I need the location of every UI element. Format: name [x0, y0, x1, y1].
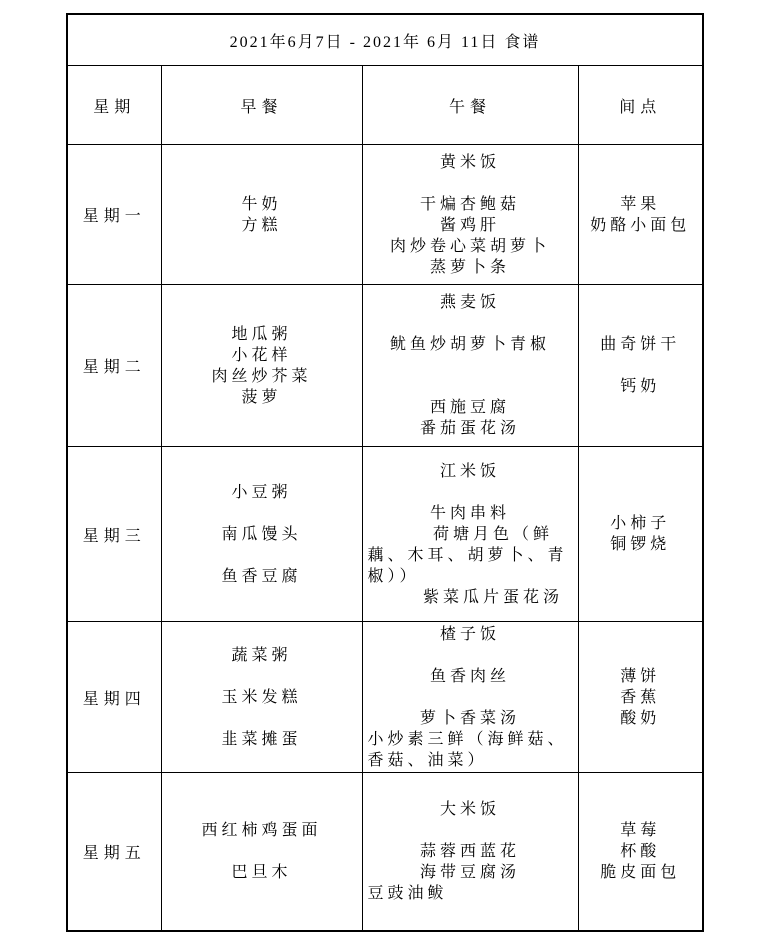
lunch-cell: 大米饭 蒜蓉西蓝花海带豆腐汤豆豉油鲅: [362, 773, 578, 931]
menu-item: 鱿鱼炒胡萝卜青椒: [363, 334, 578, 355]
menu-table-body: 星期一牛奶方糕黄米饭 干煸杏鲍菇酱鸡肝肉炒卷心菜胡萝卜蒸萝卜条苹果奶酪小面包星期…: [67, 145, 703, 931]
menu-item: 香菇、油菜）: [363, 750, 578, 771]
breakfast-cell: 西红柿鸡蛋面 巴旦木: [161, 773, 362, 931]
menu-item: 杯酸: [579, 841, 703, 862]
menu-item: 番茄蛋花汤: [363, 418, 578, 439]
menu-row-5: 星期五西红柿鸡蛋面 巴旦木大米饭 蒜蓉西蓝花海带豆腐汤豆豉油鲅草莓杯酸脆皮面包: [67, 773, 703, 931]
menu-item: 菠萝: [162, 387, 362, 408]
table-title: 2021年6月7日 - 2021年 6月 11日 食谱: [67, 14, 703, 66]
title-row: 2021年6月7日 - 2021年 6月 11日 食谱: [67, 14, 703, 66]
blank-line: [363, 313, 578, 334]
breakfast-cell: 牛奶方糕: [161, 145, 362, 285]
menu-item: 肉丝炒芥菜: [162, 366, 362, 387]
menu-item: 地瓜粥: [162, 324, 362, 345]
day-label: 星期四: [67, 622, 161, 773]
breakfast-cell: 蔬菜粥 玉米发糕 韭菜摊蛋: [161, 622, 362, 773]
blank-line: [162, 841, 362, 862]
menu-item: 荷塘月色（鲜: [363, 524, 578, 545]
menu-item: 燕麦饭: [363, 292, 578, 313]
menu-item: 香蕉: [579, 687, 703, 708]
menu-item: 藕、木耳、胡萝卜、青: [363, 545, 578, 566]
menu-item: 鱼香肉丝: [363, 666, 578, 687]
menu-item: 方糕: [162, 215, 362, 236]
header-row: 星期 早餐 午餐 间点: [67, 66, 703, 145]
menu-item: 牛肉串料: [363, 503, 578, 524]
blank-line: [363, 355, 578, 376]
menu-item: 蒸萝卜条: [363, 257, 578, 278]
menu-item: 牛奶: [162, 194, 362, 215]
menu-item: 草莓: [579, 820, 703, 841]
lunch-cell: 江米饭 牛肉串料荷塘月色（鲜藕、木耳、胡萝卜、青椒））紫菜瓜片蛋花汤: [362, 447, 578, 622]
column-header-lunch: 午餐: [362, 66, 578, 145]
column-header-snack: 间点: [578, 66, 703, 145]
menu-item: 钙奶: [579, 376, 703, 397]
lunch-cell: 楂子饭 鱼香肉丝 萝卜香菜汤小炒素三鲜（海鲜菇、香菇、油菜）: [362, 622, 578, 773]
menu-row-2: 星期二地瓜粥小花样肉丝炒芥菜菠萝燕麦饭 鱿鱼炒胡萝卜青椒 西施豆腐番茄蛋花汤曲奇…: [67, 285, 703, 447]
menu-item: 小花样: [162, 345, 362, 366]
menu-item: 曲奇饼干: [579, 334, 703, 355]
blank-line: [363, 820, 578, 841]
menu-item: 蔬菜粥: [162, 645, 362, 666]
menu-item: 脆皮面包: [579, 862, 703, 883]
day-label: 星期二: [67, 285, 161, 447]
blank-line: [363, 376, 578, 397]
blank-line: [579, 355, 703, 376]
blank-line: [162, 666, 362, 687]
menu-item: 铜锣烧: [579, 534, 703, 555]
menu-item: 紫菜瓜片蛋花汤: [363, 587, 578, 608]
lunch-cell: 黄米饭 干煸杏鲍菇酱鸡肝肉炒卷心菜胡萝卜蒸萝卜条: [362, 145, 578, 285]
breakfast-cell: 地瓜粥小花样肉丝炒芥菜菠萝: [161, 285, 362, 447]
menu-item: 蒜蓉西蓝花: [363, 841, 578, 862]
column-header-day: 星期: [67, 66, 161, 145]
menu-row-4: 星期四蔬菜粥 玉米发糕 韭菜摊蛋楂子饭 鱼香肉丝 萝卜香菜汤小炒素三鲜（海鲜菇、…: [67, 622, 703, 773]
menu-item: 江米饭: [363, 461, 578, 482]
breakfast-cell: 小豆粥 南瓜馒头 鱼香豆腐: [161, 447, 362, 622]
snack-cell: 小柿子铜锣烧: [578, 447, 703, 622]
menu-item: 小炒素三鲜（海鲜菇、: [363, 729, 578, 750]
menu-item: 肉炒卷心菜胡萝卜: [363, 236, 578, 257]
menu-item: 酸奶: [579, 708, 703, 729]
menu-item: 小豆粥: [162, 482, 362, 503]
lunch-cell: 燕麦饭 鱿鱼炒胡萝卜青椒 西施豆腐番茄蛋花汤: [362, 285, 578, 447]
day-label: 星期五: [67, 773, 161, 931]
blank-line: [162, 503, 362, 524]
blank-line: [363, 645, 578, 666]
blank-line: [363, 482, 578, 503]
menu-item: 西红柿鸡蛋面: [162, 820, 362, 841]
menu-item: 干煸杏鲍菇: [363, 194, 578, 215]
menu-item: 萝卜香菜汤: [363, 708, 578, 729]
menu-row-1: 星期一牛奶方糕黄米饭 干煸杏鲍菇酱鸡肝肉炒卷心菜胡萝卜蒸萝卜条苹果奶酪小面包: [67, 145, 703, 285]
day-label: 星期一: [67, 145, 161, 285]
blank-line: [363, 173, 578, 194]
menu-row-3: 星期三小豆粥 南瓜馒头 鱼香豆腐江米饭 牛肉串料荷塘月色（鲜藕、木耳、胡萝卜、青…: [67, 447, 703, 622]
snack-cell: 曲奇饼干 钙奶: [578, 285, 703, 447]
snack-cell: 草莓杯酸脆皮面包: [578, 773, 703, 931]
menu-item: 巴旦木: [162, 862, 362, 883]
menu-item: 楂子饭: [363, 624, 578, 645]
menu-item: 苹果: [579, 194, 703, 215]
menu-item: 小柿子: [579, 513, 703, 534]
menu-item: 海带豆腐汤: [363, 862, 578, 883]
blank-line: [162, 708, 362, 729]
menu-item: 黄米饭: [363, 152, 578, 173]
menu-item: 西施豆腐: [363, 397, 578, 418]
snack-cell: 薄饼香蕉酸奶: [578, 622, 703, 773]
menu-item: 薄饼: [579, 666, 703, 687]
column-header-breakfast: 早餐: [161, 66, 362, 145]
menu-item: 椒））: [363, 566, 578, 587]
blank-line: [162, 545, 362, 566]
snack-cell: 苹果奶酪小面包: [578, 145, 703, 285]
day-label: 星期三: [67, 447, 161, 622]
document-page: 2021年6月7日 - 2021年 6月 11日 食谱 星期 早餐 午餐 间点 …: [0, 0, 772, 944]
weekly-menu-table: 2021年6月7日 - 2021年 6月 11日 食谱 星期 早餐 午餐 间点 …: [66, 13, 704, 932]
menu-item: 玉米发糕: [162, 687, 362, 708]
blank-line: [363, 687, 578, 708]
menu-item: 豆豉油鲅: [363, 883, 578, 904]
menu-item: 酱鸡肝: [363, 215, 578, 236]
menu-item: 鱼香豆腐: [162, 566, 362, 587]
menu-item: 韭菜摊蛋: [162, 729, 362, 750]
menu-item: 大米饭: [363, 799, 578, 820]
menu-item: 南瓜馒头: [162, 524, 362, 545]
menu-item: 奶酪小面包: [579, 215, 703, 236]
